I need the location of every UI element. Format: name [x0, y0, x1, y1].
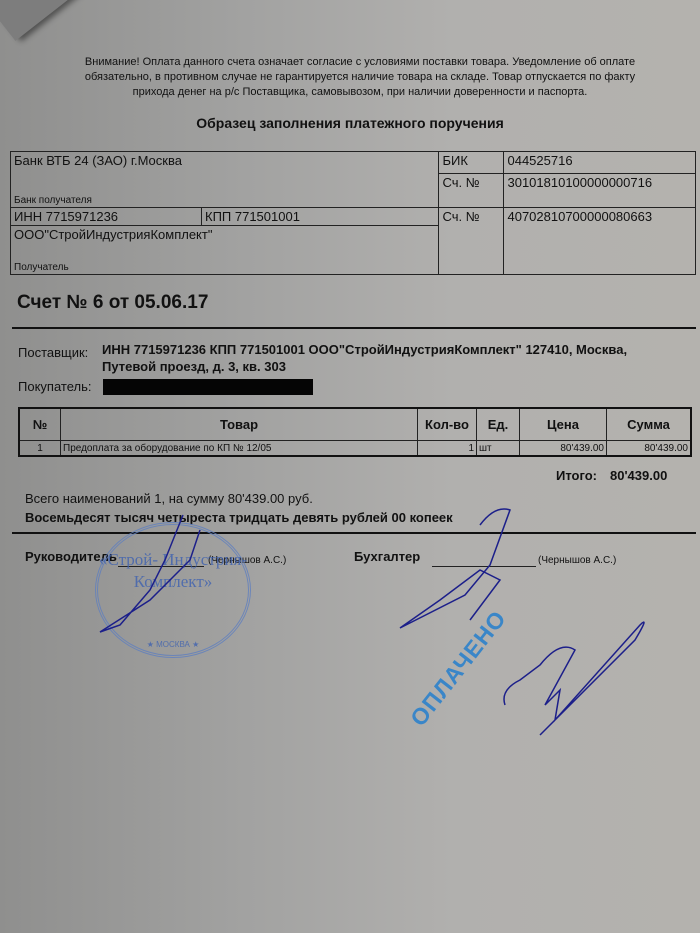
row-unit: шт [477, 441, 520, 457]
col-price: Цена [520, 408, 607, 441]
recipient-cell: ООО"СтройИндустрияКомплект" Получатель [11, 226, 439, 275]
total-label: Итого: [556, 468, 597, 483]
seal-city: ★ МОСКВА ★ [98, 640, 248, 649]
amount-in-words: Восемьдесят тысяч четыреста тридцать дев… [25, 510, 453, 525]
buyer-label: Покупатель: [18, 379, 91, 394]
supplier-value: ИНН 7715971236 КПП 771501001 ООО"СтройИн… [102, 341, 682, 375]
bik-label: БИК [439, 152, 504, 174]
invoice-title: Счет № 6 от 05.06.17 [17, 292, 208, 314]
accountant-label: Бухгалтер [354, 549, 420, 564]
recipient-name: ООО"СтройИндустрияКомплект" [14, 227, 435, 242]
company-seal: «Строй- Индустрия- Комплект» ★ МОСКВА ★ [95, 522, 251, 658]
col-unit: Ед. [477, 408, 520, 441]
bank-label: Банк получателя [14, 195, 92, 206]
col-sum: Сумма [607, 408, 692, 441]
seal-text: «Строй- Индустрия- Комплект» [98, 549, 248, 593]
row-sum: 80'439.00 [607, 441, 692, 457]
col-qty: Кол-во [418, 408, 477, 441]
corr-account-value: 30101810100000000716 [504, 174, 696, 208]
col-no: № [19, 408, 61, 441]
col-name: Товар [61, 408, 418, 441]
corr-account-label: Сч. № [439, 174, 504, 208]
handwritten-signatures [0, 0, 700, 933]
items-table: № Товар Кол-во Ед. Цена Сумма 1 Предопла… [18, 407, 692, 457]
divider [12, 327, 696, 329]
bank-name-cell: Банк ВТБ 24 (ЗАО) г.Москва Банк получате… [11, 152, 439, 208]
paid-signature-icon [504, 622, 644, 735]
row-price: 80'439.00 [520, 441, 607, 457]
recipient-label: Получатель [14, 262, 69, 273]
buyer-redacted [103, 379, 313, 395]
payment-sample-title: Образец заполнения платежного поручения [0, 115, 700, 131]
divider [12, 532, 696, 534]
row-no: 1 [19, 441, 61, 457]
table-row: 1 Предоплата за оборудование по КП № 12/… [19, 441, 691, 457]
supplier-label: Поставщик: [18, 345, 88, 360]
account-value: 40702810700000080663 [504, 208, 696, 275]
bank-details-table: Банк ВТБ 24 (ЗАО) г.Москва Банк получате… [10, 151, 696, 275]
paid-stamp: ОПЛАЧЕНО [405, 605, 512, 732]
row-name: Предоплата за оборудование по КП № 12/05 [61, 441, 418, 457]
paper-corner-shadow [0, 0, 110, 41]
accountant-name: (Чернышов А.С.) [538, 555, 616, 566]
inn-cell: ИНН 7715971236 [11, 208, 202, 226]
account-label: Сч. № [439, 208, 504, 275]
total-value: 80'439.00 [610, 468, 667, 483]
accountant-sign-line [432, 566, 536, 567]
kpp-cell: КПП 771501001 [202, 208, 439, 226]
payment-notice: Внимание! Оплата данного счета означает … [70, 55, 650, 100]
bik-value: 044525716 [504, 152, 696, 174]
row-qty: 1 [418, 441, 477, 457]
bank-name: Банк ВТБ 24 (ЗАО) г.Москва [14, 153, 435, 168]
items-count-line: Всего наименований 1, на сумму 80'439.00… [25, 491, 313, 506]
